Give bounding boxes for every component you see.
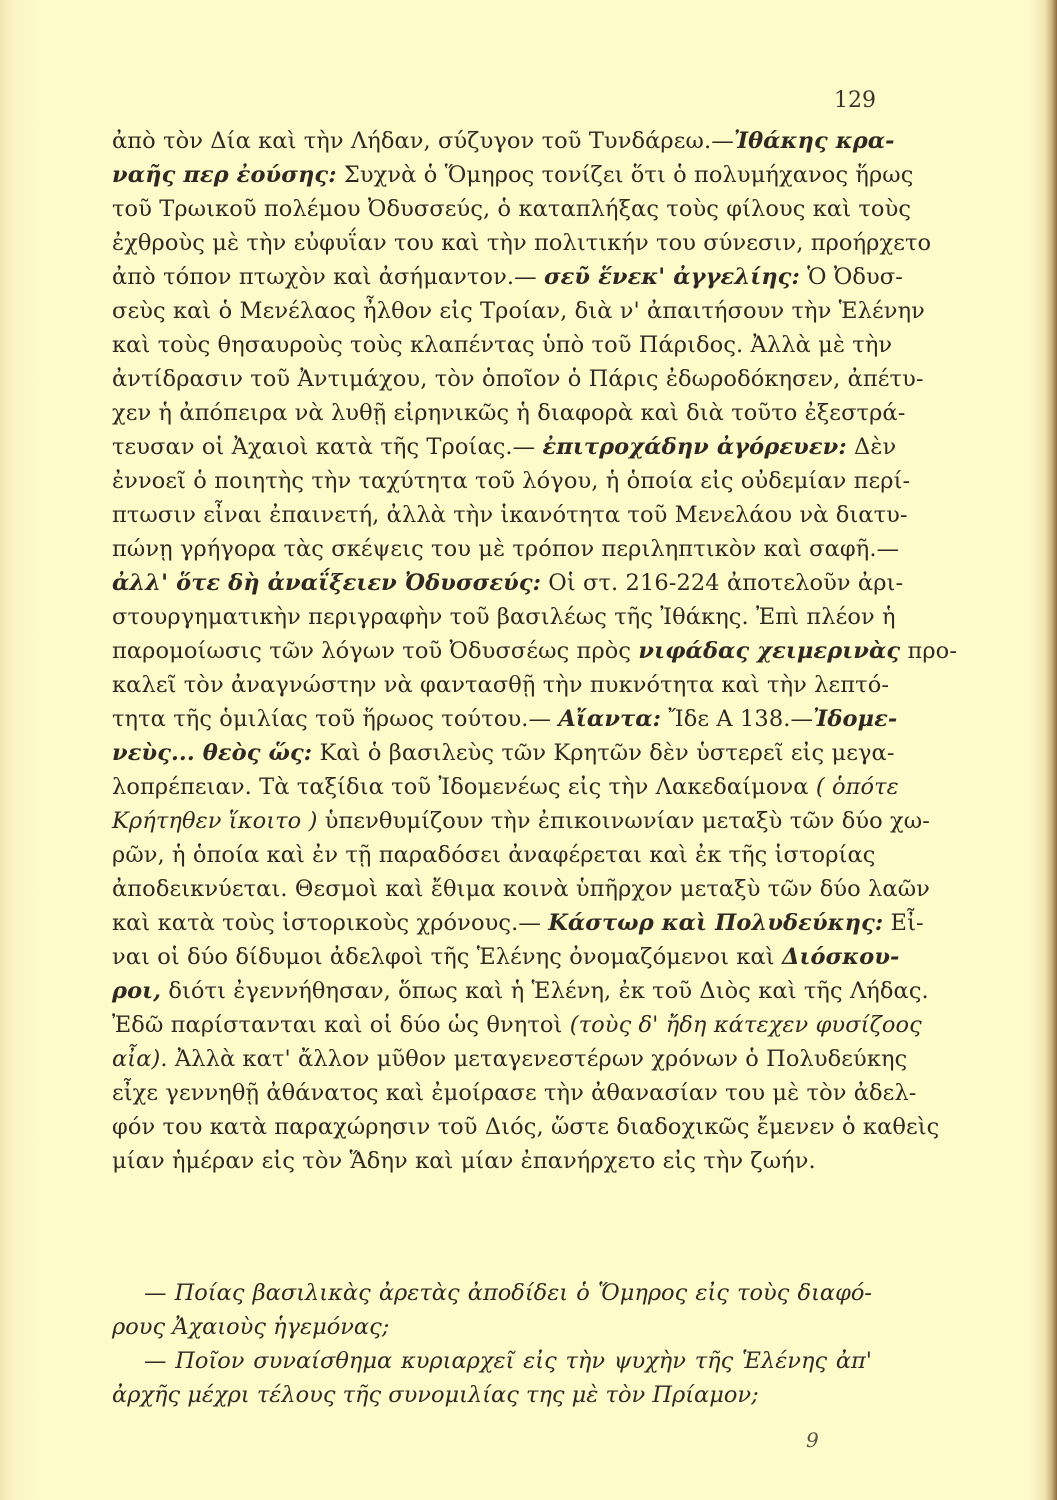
lemma-term: σεῦ ἕνεκ' ἀγγελίης: bbox=[544, 264, 800, 290]
text-line: ναῆς περ ἐούσης: Συχνὰ ὁ Ὅμηρος τονίζει … bbox=[112, 158, 872, 192]
quoted-phrase: Κρήτηθεν ἵκοιτο ) bbox=[112, 808, 317, 834]
text-run: σεὺς καὶ ὁ Μενέλαος ἦλθον εἰς Τροίαν, δι… bbox=[112, 298, 925, 324]
text-line: αἶα). Ἀλλὰ κατ' ἄλλον μῦθον μεταγενεστέρ… bbox=[112, 1042, 872, 1076]
text-line: ἀποδεικνύεται. Θεσμοὶ καὶ ἔθιμα κοινὰ ὑπ… bbox=[112, 872, 872, 906]
lemma-term: ροι, bbox=[112, 978, 161, 1004]
text-run: καὶ κατὰ τοὺς ἱστορικοὺς χρόνους.— bbox=[112, 910, 548, 936]
quoted-phrase: αἶα). bbox=[112, 1046, 168, 1072]
lemma-term: νεὺς... θεὸς ὥς: bbox=[112, 740, 312, 766]
lemma-term: Κάστωρ καὶ Πολυδεύκης: bbox=[548, 910, 883, 936]
text-line: ἀπὸ τόπον πτωχὸν καὶ ἀσήμαντον.— σεῦ ἕνε… bbox=[112, 260, 872, 294]
text-run: ἀπὸ τὸν Δία καὶ τὴν Λήδαν, σύζυγον τοῦ Τ… bbox=[112, 128, 734, 154]
text-line: ἀπὸ τὸν Δία καὶ τὴν Λήδαν, σύζυγον τοῦ Τ… bbox=[112, 124, 872, 158]
text-line: νεὺς... θεὸς ὥς: Καὶ ὁ βασιλεὺς τῶν Κρητ… bbox=[112, 736, 872, 770]
text-line: μίαν ἡμέραν εἰς τὸν Ἅδην καὶ μίαν ἐπανήρ… bbox=[112, 1144, 872, 1178]
text-line: ναι οἱ δύο δίδυμοι ἀδελφοὶ τῆς Ἑλένης ὀν… bbox=[112, 940, 872, 974]
text-line: ἐχθροὺς μὲ τὴν εὐφυΐαν του καὶ τὴν πολιτ… bbox=[112, 226, 872, 260]
text-line: λοπρέπειαν. Τὰ ταξίδια τοῦ Ἰδομενέως εἰς… bbox=[112, 770, 872, 804]
text-line: ἐννοεῖ ὁ ποιητὴς τὴν ταχύτητα τοῦ λόγου,… bbox=[112, 464, 872, 498]
review-questions: — Ποίας βασιλικὰς ἀρετὰς ἀποδίδει ὁ Ὅμηρ… bbox=[112, 1276, 872, 1412]
question-line: ἀρχῆς μέχρι τέλους τῆς συνομιλίας της μὲ… bbox=[112, 1378, 872, 1412]
text-line: ροι, διότι ἐγεννήθησαν, ὅπως καὶ ἡ Ἑλένη… bbox=[112, 974, 872, 1008]
lemma-term: Διόσκου- bbox=[782, 944, 900, 970]
text-line: πτωσιν εἶναι ἐπαινετή, ἀλλὰ τὴν ἱκανότητ… bbox=[112, 498, 872, 532]
text-line: Ἐδῶ παρίστανται καὶ οἱ δύο ὡς θνητοὶ (το… bbox=[112, 1008, 872, 1042]
page-number: 129 bbox=[816, 88, 876, 113]
text-run: ναι οἱ δύο δίδυμοι ἀδελφοὶ τῆς Ἑλένης ὀν… bbox=[112, 944, 782, 970]
question-line: ρους Ἀχαιοὺς ἡγεμόνας; bbox=[112, 1310, 872, 1344]
lemma-term: ἐπιτροχάδην ἀγόρευεν: bbox=[543, 434, 847, 460]
text-run: Ἀλλὰ κατ' ἄλλον μῦθον μεταγενεστέρων χρό… bbox=[168, 1046, 908, 1072]
text-run: χεν ἡ ἀπόπειρα νὰ λυθῇ εἰρηνικῶς ἡ διαφο… bbox=[112, 400, 905, 426]
text-line: ἀλλ' ὅτε δὴ ἀναΐξειεν Ὀδυσσεύς: Οἱ στ. 2… bbox=[112, 566, 872, 600]
text-run: ρῶν, ἡ ὁποία καὶ ἐν τῇ παραδόσει ἀναφέρε… bbox=[112, 842, 875, 868]
text-line: στουργηματικὴν περιγραφὴν τοῦ βασιλέως τ… bbox=[112, 600, 872, 634]
lemma-term: ἀλλ' ὅτε δὴ ἀναΐξειεν Ὀδυσσεύς: bbox=[112, 570, 541, 596]
text-line: φόν του κατὰ παραχώρησιν τοῦ Διός, ὥστε … bbox=[112, 1110, 872, 1144]
text-line: παρομοίωσις τῶν λόγων τοῦ Ὀδυσσέως πρὸς … bbox=[112, 634, 872, 668]
text-line: καὶ κατὰ τοὺς ἱστορικοὺς χρόνους.— Κάστω… bbox=[112, 906, 872, 940]
quoted-phrase: (τοὺς δ' ἤδη κάτεχεν φυσίζοος bbox=[570, 1012, 922, 1038]
lemma-term: Ἰδομε- bbox=[813, 706, 897, 732]
text-run: τητα τῆς ὁμιλίας τοῦ ἥρωος τούτου.— bbox=[112, 706, 558, 732]
text-run: προ- bbox=[900, 638, 957, 664]
text-run: ἐννοεῖ ὁ ποιητὴς τὴν ταχύτητα τοῦ λόγου,… bbox=[112, 468, 910, 494]
question-line: — Ποῖον συναίσθημα κυριαρχεῖ εἰς τὴν ψυχ… bbox=[112, 1344, 872, 1378]
text-run: μίαν ἡμέραν εἰς τὸν Ἅδην καὶ μίαν ἐπανήρ… bbox=[112, 1148, 816, 1174]
text-run: τοῦ Τρωικοῦ πολέμου Ὀδυσσεύς, ὁ καταπλήξ… bbox=[112, 196, 911, 222]
lemma-term: Αἴαντα: bbox=[558, 706, 661, 732]
text-line: πώνῃ γρήγορα τὰς σκέψεις του μὲ τρόπον π… bbox=[112, 532, 872, 566]
text-run: Δὲν bbox=[847, 434, 897, 460]
text-run: Εἶ- bbox=[883, 910, 923, 936]
text-run: τευσαν οἱ Ἀχαιοὶ κατὰ τῆς Τροίας.— bbox=[112, 434, 543, 460]
text-line: τευσαν οἱ Ἀχαιοὶ κατὰ τῆς Τροίας.— ἐπιτρ… bbox=[112, 430, 872, 464]
lemma-term: Ἰθάκης κρα- bbox=[734, 128, 895, 154]
text-run: καλεῖ τὸν ἀναγνώστην νὰ φαντασθῇ τὴν πυκ… bbox=[112, 672, 889, 698]
book-page: 129 ἀπὸ τὸν Δία καὶ τὴν Λήδαν, σύζυγον τ… bbox=[0, 0, 1057, 1500]
text-line: καλεῖ τὸν ἀναγνώστην νὰ φαντασθῇ τὴν πυκ… bbox=[112, 668, 872, 702]
text-run: λοπρέπειαν. Τὰ ταξίδια τοῦ Ἰδομενέως εἰς… bbox=[112, 774, 816, 800]
text-run: ὑπενθυμίζουν τὴν ἐπικοινωνίαν μεταξὺ τῶν… bbox=[317, 808, 929, 834]
text-run: ἀπὸ τόπον πτωχὸν καὶ ἀσήμαντον.— bbox=[112, 264, 544, 290]
text-line: καὶ τοὺς θησαυροὺς τοὺς κλαπέντας ὑπὸ το… bbox=[112, 328, 872, 362]
text-run: Ἐδῶ παρίστανται καὶ οἱ δύο ὡς θνητοὶ bbox=[112, 1012, 570, 1038]
commentary-text: ἀπὸ τὸν Δία καὶ τὴν Λήδαν, σύζυγον τοῦ Τ… bbox=[112, 124, 872, 1178]
text-run: Ἴδε Α 138.— bbox=[661, 706, 813, 732]
text-run: Καὶ ὁ βασιλεὺς τῶν Κρητῶν δὲν ὑστερεῖ εἰ… bbox=[312, 740, 894, 766]
text-line: ρῶν, ἡ ὁποία καὶ ἐν τῇ παραδόσει ἀναφέρε… bbox=[112, 838, 872, 872]
text-line: ἀντίδρασιν τοῦ Ἀντιμάχου, τὸν ὁποῖον ὁ Π… bbox=[112, 362, 872, 396]
text-run: εἶχε γεννηθῇ ἀθάνατος καὶ ἐμοίρασε τὴν ἀ… bbox=[112, 1080, 917, 1106]
text-run: ἐχθροὺς μὲ τὴν εὐφυΐαν του καὶ τὴν πολιτ… bbox=[112, 230, 931, 256]
text-run: πώνῃ γρήγορα τὰς σκέψεις του μὲ τρόπον π… bbox=[112, 536, 899, 562]
text-line: τοῦ Τρωικοῦ πολέμου Ὀδυσσεύς, ὁ καταπλήξ… bbox=[112, 192, 872, 226]
text-run: διότι ἐγεννήθησαν, ὅπως καὶ ἡ Ἑλένη, ἐκ … bbox=[161, 978, 929, 1004]
text-run: φόν του κατὰ παραχώρησιν τοῦ Διός, ὥστε … bbox=[112, 1114, 939, 1140]
text-line: εἶχε γεννηθῇ ἀθάνατος καὶ ἐμοίρασε τὴν ἀ… bbox=[112, 1076, 872, 1110]
lemma-term: ναῆς περ ἐούσης: bbox=[112, 162, 337, 188]
text-run: Συχνὰ ὁ Ὅμηρος τονίζει ὅτι ὁ πολυμήχανος… bbox=[337, 162, 914, 188]
text-line: τητα τῆς ὁμιλίας τοῦ ἥρωος τούτου.— Αἴαν… bbox=[112, 702, 872, 736]
text-run: Οἱ στ. 216-224 ἀποτελοῦν ἀρι- bbox=[541, 570, 903, 596]
text-run: στουργηματικὴν περιγραφὴν τοῦ βασιλέως τ… bbox=[112, 604, 896, 630]
text-run: πτωσιν εἶναι ἐπαινετή, ἀλλὰ τὴν ἱκανότητ… bbox=[112, 502, 908, 528]
text-line: χεν ἡ ἀπόπειρα νὰ λυθῇ εἰρηνικῶς ἡ διαφο… bbox=[112, 396, 872, 430]
lemma-term: νιφάδας χειμερινὰς bbox=[638, 638, 900, 664]
text-run: ἀποδεικνύεται. Θεσμοὶ καὶ ἔθιμα κοινὰ ὑπ… bbox=[112, 876, 930, 902]
text-line: Κρήτηθεν ἵκοιτο ) ὑπενθυμίζουν τὴν ἐπικο… bbox=[112, 804, 872, 838]
quoted-phrase: ( ὁπότε bbox=[816, 774, 899, 800]
text-run: ἀντίδρασιν τοῦ Ἀντιμάχου, τὸν ὁποῖον ὁ Π… bbox=[112, 366, 924, 392]
text-run: Ὁ Ὀδυσ- bbox=[800, 264, 903, 290]
text-run: παρομοίωσις τῶν λόγων τοῦ Ὀδυσσέως πρὸς bbox=[112, 638, 638, 664]
text-run: καὶ τοὺς θησαυροὺς τοὺς κλαπέντας ὑπὸ το… bbox=[112, 332, 892, 358]
signature-mark: 9 bbox=[806, 1428, 819, 1452]
text-line: σεὺς καὶ ὁ Μενέλαος ἦλθον εἰς Τροίαν, δι… bbox=[112, 294, 872, 328]
question-line: — Ποίας βασιλικὰς ἀρετὰς ἀποδίδει ὁ Ὅμηρ… bbox=[112, 1276, 872, 1310]
